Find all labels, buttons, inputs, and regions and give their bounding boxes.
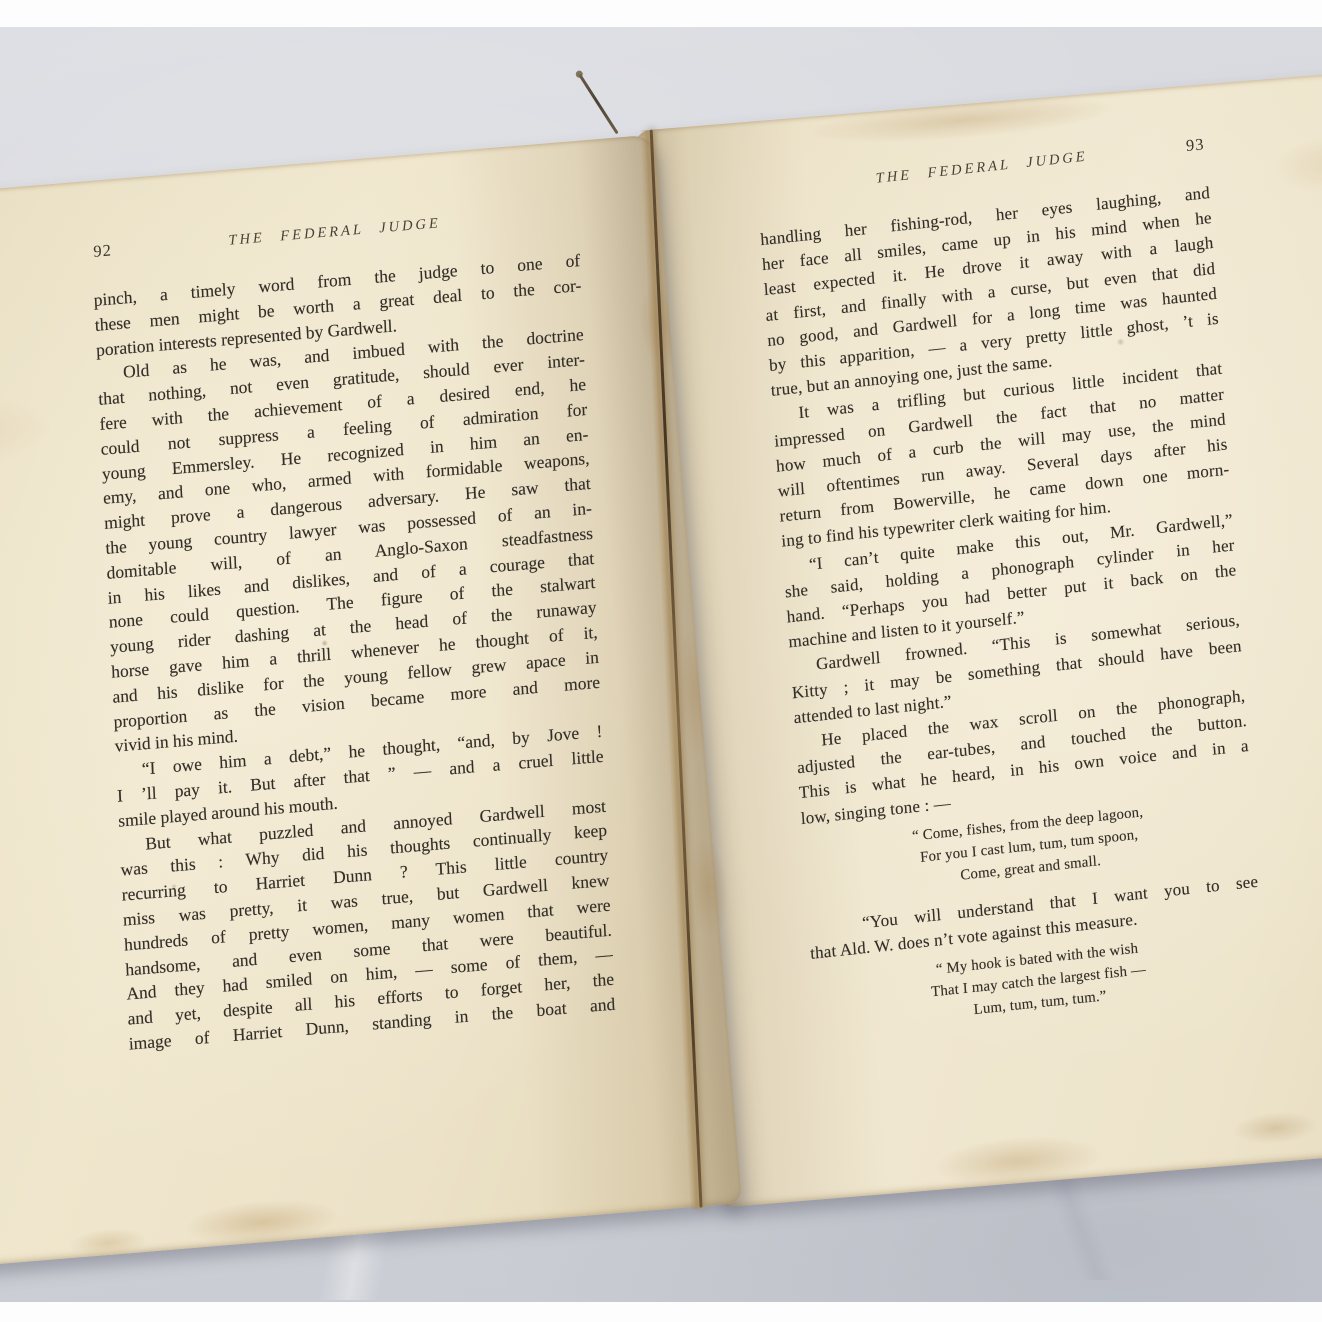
book-photo: 92 THE FEDERAL JUDGE pinch, a timely wor… — [0, 0, 1322, 1322]
page-number: 93 — [1185, 134, 1205, 156]
right-page-text: THE FEDERAL JUDGE 93 handling her fishin… — [756, 134, 1265, 1038]
left-page-text: 92 THE FEDERAL JUDGE pinch, a timely wor… — [91, 202, 616, 1056]
white-border-top — [0, 0, 1322, 27]
white-border-bottom — [0, 1302, 1322, 1322]
open-book: 92 THE FEDERAL JUDGE pinch, a timely wor… — [0, 68, 1322, 1272]
left-page-body: pinch, a timely word from the judge to o… — [93, 248, 616, 1056]
right-page-body: handling her fishing-rod, her eyes laugh… — [759, 180, 1265, 1038]
